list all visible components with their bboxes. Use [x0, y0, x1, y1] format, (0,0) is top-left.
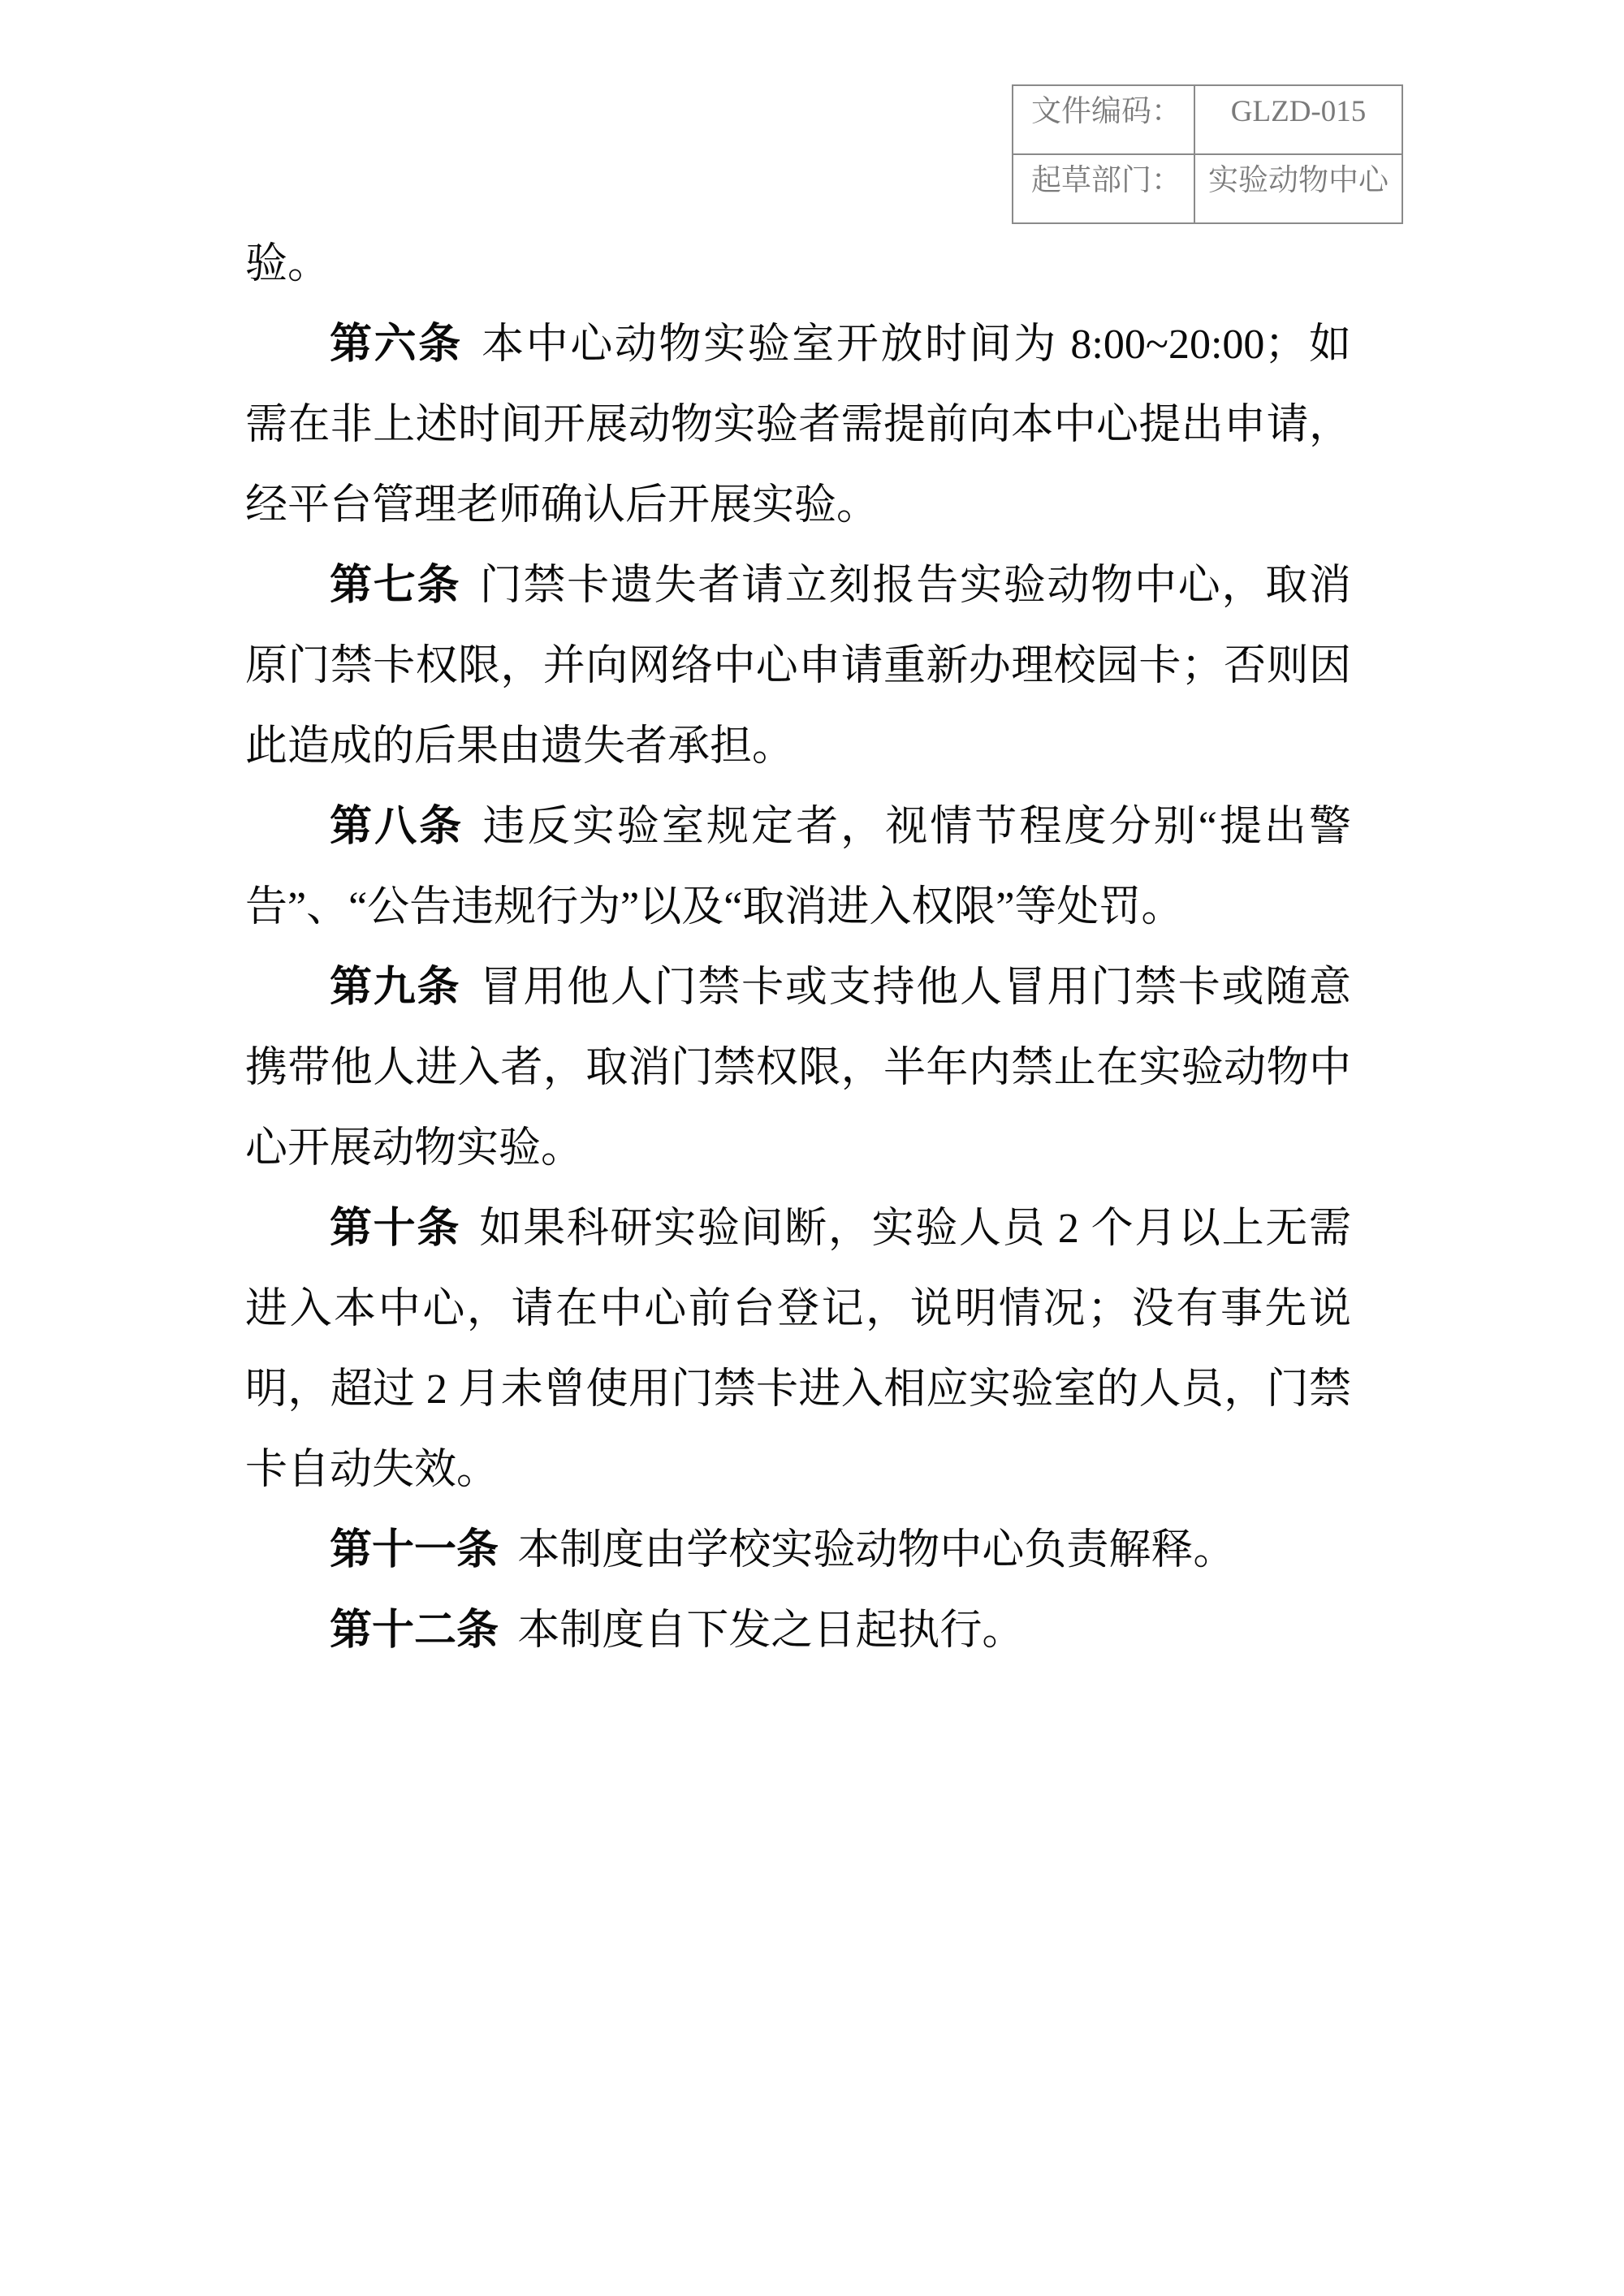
- doc-code-label: 文件编码：: [1013, 85, 1194, 154]
- article-number: 第十条: [330, 1206, 460, 1252]
- draft-dept-value: 实验动物中心: [1194, 154, 1402, 223]
- draft-dept-row: 起草部门： 实验动物中心: [1013, 154, 1402, 223]
- article-number: 第八条: [330, 804, 464, 850]
- doc-info-table: 文件编码： GLZD-015 起草部门： 实验动物中心: [1012, 84, 1403, 224]
- paragraph-article-7: 第七条门禁卡遗失者请立刻报告实验动物中心，取消原门禁卡权限，并向网络中心申请重新…: [245, 546, 1351, 787]
- article-number: 第十二条: [330, 1608, 499, 1654]
- draft-dept-label: 起草部门：: [1013, 154, 1194, 223]
- paragraph-article-8: 第八条违反实验室规定者，视情节程度分别“提出警告”、“公告违规行为”以及“取消进…: [245, 787, 1351, 947]
- paragraph-continuation: 验。: [245, 224, 1351, 304]
- doc-code-row: 文件编码： GLZD-015: [1013, 85, 1402, 154]
- paragraph-article-11: 第十一条本制度由学校实验动物中心负责解释。: [245, 1510, 1351, 1590]
- document-body: 验。 第六条本中心动物实验室开放时间为 8:00~20:00；如需在非上述时间开…: [245, 224, 1351, 1671]
- paragraph-article-10: 第十条如果科研实验间断，实验人员 2 个月以上无需进入本中心，请在中心前台登记，…: [245, 1189, 1351, 1510]
- article-number: 第六条: [330, 322, 463, 368]
- article-number: 第七条: [330, 563, 460, 609]
- article-text: 验。: [245, 241, 330, 287]
- article-text: 本制度由学校实验动物中心负责解释。: [517, 1527, 1235, 1573]
- document-page: 文件编码： GLZD-015 起草部门： 实验动物中心 验。 第六条本中心动物实…: [0, 0, 1624, 2296]
- paragraph-article-6: 第六条本中心动物实验室开放时间为 8:00~20:00；如需在非上述时间开展动物…: [245, 304, 1351, 546]
- article-number: 第十一条: [330, 1527, 499, 1573]
- article-number: 第九条: [330, 965, 460, 1011]
- article-text: 本制度自下发之日起执行。: [517, 1608, 1024, 1654]
- paragraph-article-12: 第十二条本制度自下发之日起执行。: [245, 1590, 1351, 1671]
- doc-code-value: GLZD-015: [1194, 85, 1402, 154]
- paragraph-article-9: 第九条冒用他人门禁卡或支持他人冒用门禁卡或随意携带他人进入者，取消门禁权限，半年…: [245, 947, 1351, 1189]
